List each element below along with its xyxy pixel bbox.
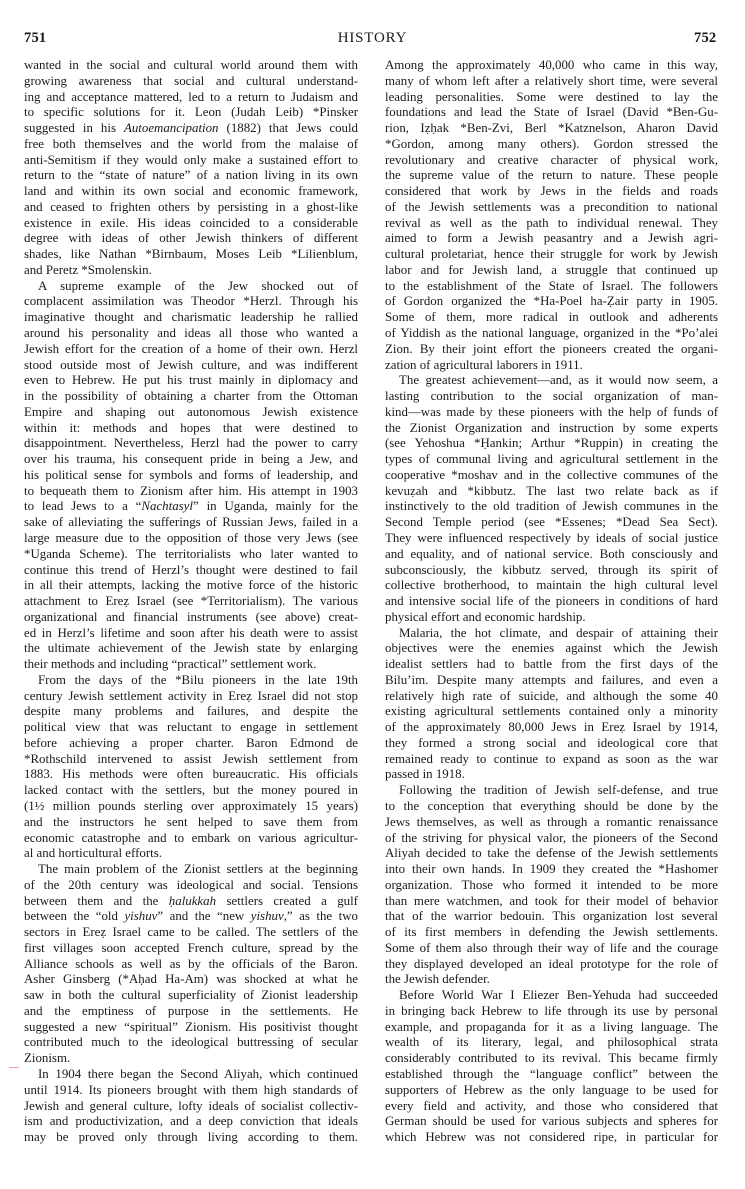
text-line: of the approximately 80,000 Jews in Ereẓ…: [385, 720, 718, 736]
text-line: leading personalities. Some were destine…: [385, 90, 718, 106]
text-line: large measure due to the opposition of t…: [24, 531, 358, 547]
text-line: Some of them, more radical in outlook an…: [385, 310, 718, 326]
text-line: Malaria, the hot climate, and despair of…: [385, 626, 718, 642]
text-line: passed in 1918.: [385, 767, 718, 783]
text-line: zation of agricultural laborers in 1911.: [385, 358, 718, 374]
text-line: to lead Jews to a “Nachtasyl” in Uganda,…: [24, 499, 358, 515]
text-line: existence in exile. His ideas coincided …: [24, 216, 358, 232]
text-line: of Yiddish as the national language, org…: [385, 326, 718, 342]
text-line: In 1904 there began the Second Aliyah, w…: [24, 1067, 358, 1083]
text-line: stood outside most of Jewish culture, an…: [24, 358, 358, 374]
text-line: supporters of Hebrew as the only languag…: [385, 1083, 718, 1099]
text-line: ing and acceptance mattered, led to a re…: [24, 90, 358, 106]
text-line: Jewish effort for the creation of a home…: [24, 342, 358, 358]
text-line: of Gordon organized the *Ha-Poel ha-Ẓair…: [385, 294, 718, 310]
text-line: *Gordon, among many others). Gordon stre…: [385, 137, 718, 153]
text-line: Among the approximately 40,000 who came …: [385, 58, 718, 74]
text-line: to the establishment of the State of Isr…: [385, 279, 718, 295]
text-line: From the days of the *Bilu pioneers in t…: [24, 673, 358, 689]
text-line: lacked contact with the settlers, but th…: [24, 783, 358, 799]
text-line: every field and activity, and those who …: [385, 1099, 718, 1115]
text-line: and the emptiness of purpose in the sett…: [24, 1004, 358, 1020]
text-line: imaginative thought and charismatic lead…: [24, 310, 358, 326]
text-line: their methods and including “practical” …: [24, 657, 358, 673]
text-line: his political sense for symbols and form…: [24, 468, 358, 484]
text-line: century Jewish settlement activity in Er…: [24, 689, 358, 705]
text-line: of the Jewish settlements was a precondi…: [385, 200, 718, 216]
text-line: and Peretz *Smolenskin.: [24, 263, 358, 279]
text-line: anti-Semitism if they would only make a …: [24, 153, 358, 169]
text-line: between them and the ḥalukkah settlers c…: [24, 894, 358, 910]
text-line: considered that work by Jews in the fiel…: [385, 184, 718, 200]
text-line: attachment to Ereẓ Israel (see *Territor…: [24, 594, 358, 610]
text-line: first villages soon accepted French cult…: [24, 941, 358, 957]
text-line: free both themselves and the world from …: [24, 137, 358, 153]
text-line: than mere watchmen, and took for their m…: [385, 894, 718, 910]
text-line: they formed a strong social and ideologi…: [385, 736, 718, 752]
text-line: Aliyah decided to take the defense of th…: [385, 846, 718, 862]
text-line: of its first members in defending the Je…: [385, 925, 718, 941]
text-line: land and within its own social and econo…: [24, 184, 358, 200]
text-line: Bilu’im. Despite many attempts and failu…: [385, 673, 718, 689]
page-number-right: 752: [694, 30, 716, 47]
text-line: suggested in his Autoemancipation (1882)…: [24, 121, 358, 137]
text-line: Asher Ginsberg (*Aḥad Ha-Am) was shocked…: [24, 972, 358, 988]
text-line: German should be used for various subjec…: [385, 1114, 718, 1130]
text-line: ed in Herzl’s lifetime and soon after hi…: [24, 626, 358, 642]
text-line: physical effort and economic hardship.: [385, 610, 718, 626]
text-line: cultural proletariat, hence their strugg…: [385, 247, 718, 263]
text-line: rion, Iẓḥak *Ben-Zvi, Berl *Katznelson, …: [385, 121, 718, 137]
text-line: shades, like Nathan *Birnbaum, Moses Lei…: [24, 247, 358, 263]
text-line: over his trauma, his consequent pride in…: [24, 452, 358, 468]
text-line: they displayed developed an ideal protot…: [385, 957, 718, 973]
text-line: Alliance schools as well as by the offic…: [24, 957, 358, 973]
text-line: organizational and financial instruments…: [24, 610, 358, 626]
text-line: of the 20th century was ideological and …: [24, 878, 358, 894]
text-line: *Uganda Scheme). The territorialists who…: [24, 547, 358, 563]
text-line: and intensive social life of the pioneer…: [385, 594, 718, 610]
text-line: (see Yehoshua *Ḥankin; Arthur *Ruppin) i…: [385, 436, 718, 452]
text-line: of the striving for physical valor, the …: [385, 831, 718, 847]
text-line: that of the warrior bedouin. This organi…: [385, 909, 718, 925]
text-line: idealist settlers had to battle from the…: [385, 657, 718, 673]
text-line: saw in both the cultural superficiality …: [24, 988, 358, 1004]
text-line: They were influenced respectively by ide…: [385, 531, 718, 547]
text-line: organization. Those who formed it intend…: [385, 878, 718, 894]
text-line: subconsciously, the kibbutz served, thro…: [385, 563, 718, 579]
text-line: *Rothschild intervened to assist Jewish …: [24, 752, 358, 768]
text-line: the Jewish defender.: [385, 972, 718, 988]
text-line: in all their attempts, lacking the motiv…: [24, 578, 358, 594]
text-line: contributed much to the ideological butt…: [24, 1035, 358, 1051]
margin-mark: [9, 1067, 19, 1068]
text-line: (1½ million pounds sterling over approxi…: [24, 799, 358, 815]
text-line: example, and propaganda for it as a livi…: [385, 1020, 718, 1036]
text-line: and ceased to frighten others by persist…: [24, 200, 358, 216]
text-line: Before World War I Eliezer Ben-Yehuda ha…: [385, 988, 718, 1004]
text-line: Empire and shaping out autonomous Jewish…: [24, 405, 358, 421]
text-line: many of whom left after a relatively sho…: [385, 74, 718, 90]
text-line: until 1914. Its pioneers brought with th…: [24, 1083, 358, 1099]
text-line: Jewish and general culture, lofty ideals…: [24, 1099, 358, 1115]
text-line: instinctively to the old tradition of Je…: [385, 499, 718, 515]
text-line: the supreme value of the return to natur…: [385, 168, 718, 184]
text-line: kevuẓah and *kibbutz. The last two relat…: [385, 484, 718, 500]
text-line: Zionism.: [24, 1051, 358, 1067]
text-line: and the instructors he sent helped to sa…: [24, 815, 358, 831]
text-line: aimed to form a Jewish peasantry and a J…: [385, 231, 718, 247]
text-line: wealth of its literary, legal, and philo…: [385, 1035, 718, 1051]
text-line: established through the “language confli…: [385, 1067, 718, 1083]
text-line: kind—was made by these pioneers with the…: [385, 405, 718, 421]
text-line: A supreme example of the Jew shocked out…: [24, 279, 358, 295]
text-line: complacent assimilation was Theodor *Her…: [24, 294, 358, 310]
text-line: cooperative *moshav and in the collectiv…: [385, 468, 718, 484]
text-line: return to the “state of nature” of a nat…: [24, 168, 358, 184]
text-line: political view that was reluctant to eng…: [24, 720, 358, 736]
text-line: ism and productivization, and a deep con…: [24, 1114, 358, 1130]
text-line: sectors in Ereẓ Israel came to be called…: [24, 925, 358, 941]
text-line: despite many problems and failures, and …: [24, 704, 358, 720]
text-line: 1883. His methods were often bureaucrati…: [24, 767, 358, 783]
text-line: labor and for Jewish land, a struggle th…: [385, 263, 718, 279]
text-line: within it: methods and hopes that were d…: [24, 421, 358, 437]
text-line: revolutionary and creative character of …: [385, 153, 718, 169]
text-line: into their own hands. In 1909 they creat…: [385, 862, 718, 878]
text-line: types of communal living and agricultura…: [385, 452, 718, 468]
running-header-title: HISTORY: [0, 30, 745, 47]
text-line: al and horticultural efforts.: [24, 846, 358, 862]
text-line: in the possibility of obtaining a charte…: [24, 389, 358, 405]
text-line: the ultimate achievement of the Jewish s…: [24, 641, 358, 657]
text-line: objectives were the enemies against whic…: [385, 641, 718, 657]
text-line: to specific solutions for it. Leon (Juda…: [24, 105, 358, 121]
text-line: and equality, and of national service. B…: [385, 547, 718, 563]
text-line: may be proved only through living accord…: [24, 1130, 358, 1146]
text-line: in bringing back Hebrew to life through …: [385, 1004, 718, 1020]
text-line: to bequeath them to Zionism after him. H…: [24, 484, 358, 500]
text-line: remained ready to continue to expand as …: [385, 752, 718, 768]
text-line: between the “old yishuv” and the “new yi…: [24, 909, 358, 925]
text-line: relatively high rate of suicide, and alt…: [385, 689, 718, 705]
text-line: Second Temple period (see *Essenes; *Dea…: [385, 515, 718, 531]
text-line: Following the tradition of Jewish self-d…: [385, 783, 718, 799]
text-line: foundations and lead the State of Israel…: [385, 105, 718, 121]
text-line: to the conception that everything should…: [385, 799, 718, 815]
text-line: The main problem of the Zionist settlers…: [24, 862, 358, 878]
text-line: considerably contributed to its revival.…: [385, 1051, 718, 1067]
text-line: existing agricultural settlements contai…: [385, 704, 718, 720]
text-line: lasting contribution to the social organ…: [385, 389, 718, 405]
text-line: growing awareness that social and cultur…: [24, 74, 358, 90]
text-line: wanted in the social and cultural world …: [24, 58, 358, 74]
text-column-left: wanted in the social and cultural world …: [24, 58, 358, 1146]
text-line: the Zionist Organization and instruction…: [385, 421, 718, 437]
text-line: Some of them also through their way of l…: [385, 941, 718, 957]
text-line: Zion. By their joint effort the pioneers…: [385, 342, 718, 358]
text-line: even to Hebrew. He put his trust mainly …: [24, 373, 358, 389]
text-column-right: Among the approximately 40,000 who came …: [385, 58, 718, 1146]
text-line: around his personality and ideas all tho…: [24, 326, 358, 342]
text-line: The greatest achievement—and, as it woul…: [385, 373, 718, 389]
text-line: Jews themselves, as well as through a ro…: [385, 815, 718, 831]
text-line: suggested a new “spiritual” Zionism. His…: [24, 1020, 358, 1036]
text-line: sake of alleviating the sufferings of Ru…: [24, 515, 358, 531]
text-line: economic catastrophe and to embark on va…: [24, 831, 358, 847]
text-line: which Hebrew was not considered ripe, in…: [385, 1130, 718, 1146]
text-line: disappointment. Nevertheless, Herzl had …: [24, 436, 358, 452]
text-line: collective brotherhood, to maintain the …: [385, 578, 718, 594]
text-line: before achieving a proper charter. Baron…: [24, 736, 358, 752]
text-line: degree with ideas of other Jewish thinke…: [24, 231, 358, 247]
text-line: continue this trend of Herzl’s thought w…: [24, 563, 358, 579]
text-line: revival as well as the path to individua…: [385, 216, 718, 232]
